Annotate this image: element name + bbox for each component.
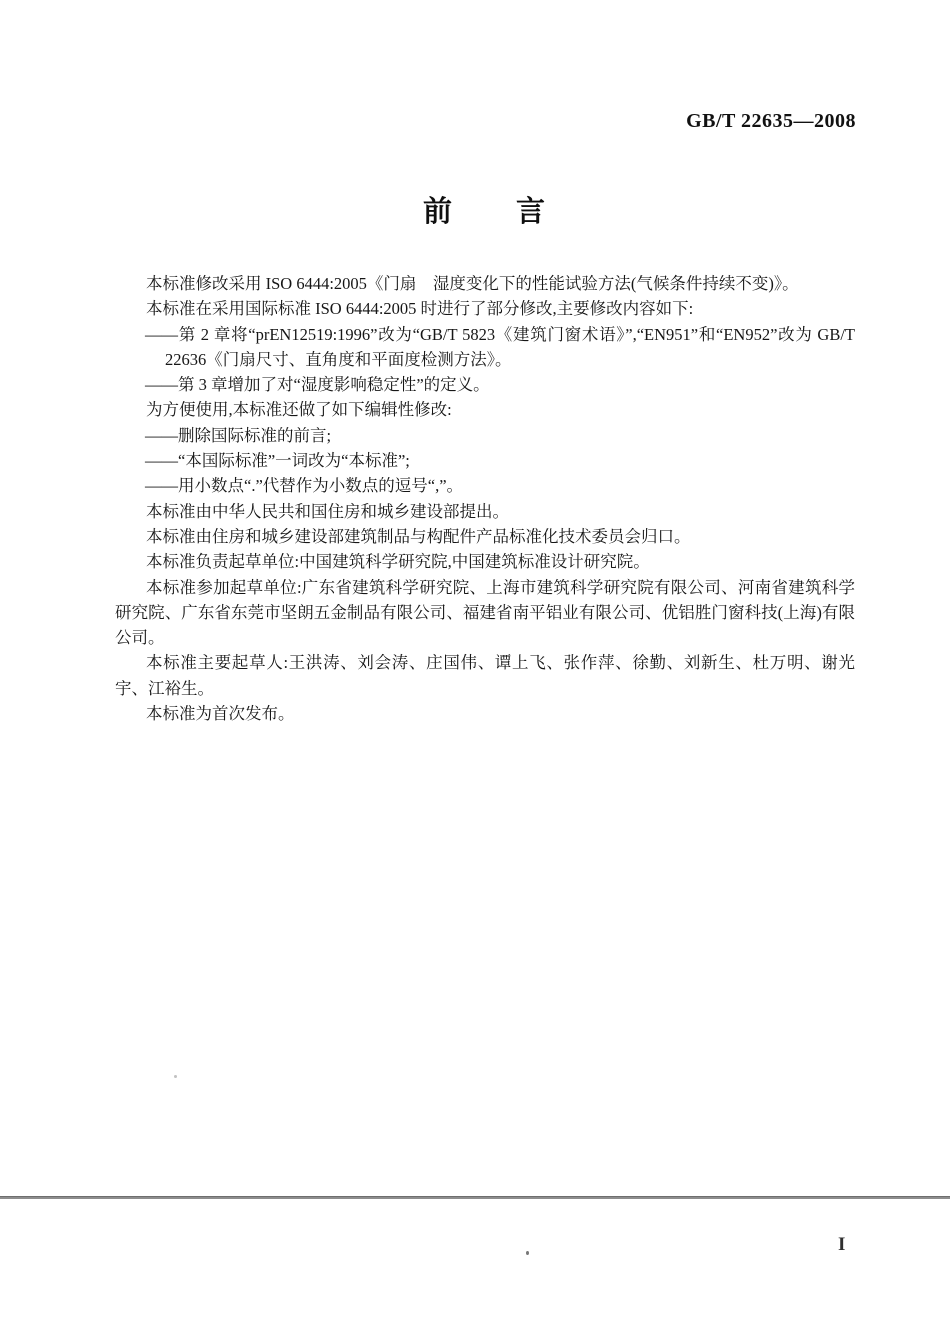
footer-rule <box>0 1196 950 1199</box>
foreword-paragraph: 本标准由住房和城乡建设部建筑制品与构配件产品标准化技术委员会归口。 <box>115 524 855 549</box>
foreword-paragraph: ——第 2 章将“prEN12519:1996”改为“GB/T 5823《建筑门… <box>115 322 855 373</box>
page-title: 前 言 <box>115 189 855 230</box>
foreword-paragraph: 本标准由中华人民共和国住房和城乡建设部提出。 <box>115 499 855 524</box>
foreword-body: 本标准修改采用 ISO 6444:2005《门扇 湿度变化下的性能试验方法(气候… <box>115 271 855 726</box>
foreword-paragraph: 本标准主要起草人:王洪涛、刘会涛、庄国伟、谭上飞、张作萍、徐勤、刘新生、杜万明、… <box>115 650 855 701</box>
scan-artifact-dot <box>174 1075 177 1078</box>
foreword-paragraph: ——用小数点“.”代替作为小数点的逗号“,”。 <box>115 473 855 498</box>
foreword-paragraph: 为方便使用,本标准还做了如下编辑性修改: <box>115 397 855 422</box>
foreword-paragraph: ——删除国际标准的前言; <box>115 423 855 448</box>
foreword-paragraph: 本标准修改采用 ISO 6444:2005《门扇 湿度变化下的性能试验方法(气候… <box>115 271 855 296</box>
foreword-paragraph: 本标准负责起草单位:中国建筑科学研究院,中国建筑标准设计研究院。 <box>115 549 855 574</box>
standard-code: GB/T 22635—2008 <box>686 110 856 133</box>
foreword-paragraph: ——“本国际标准”一词改为“本标准”; <box>115 448 855 473</box>
scan-artifact-dot <box>526 1251 529 1255</box>
foreword-paragraph: 本标准为首次发布。 <box>115 701 855 726</box>
foreword-paragraph: 本标准在采用国际标准 ISO 6444:2005 时进行了部分修改,主要修改内容… <box>115 296 855 321</box>
document-page: GB/T 22635—2008 前 言 本标准修改采用 ISO 6444:200… <box>0 0 950 1344</box>
foreword-paragraph: ——第 3 章增加了对“湿度影响稳定性”的定义。 <box>115 372 855 397</box>
foreword-paragraph: 本标准参加起草单位:广东省建筑科学研究院、上海市建筑科学研究院有限公司、河南省建… <box>115 575 855 651</box>
page-number: I <box>838 1234 845 1256</box>
